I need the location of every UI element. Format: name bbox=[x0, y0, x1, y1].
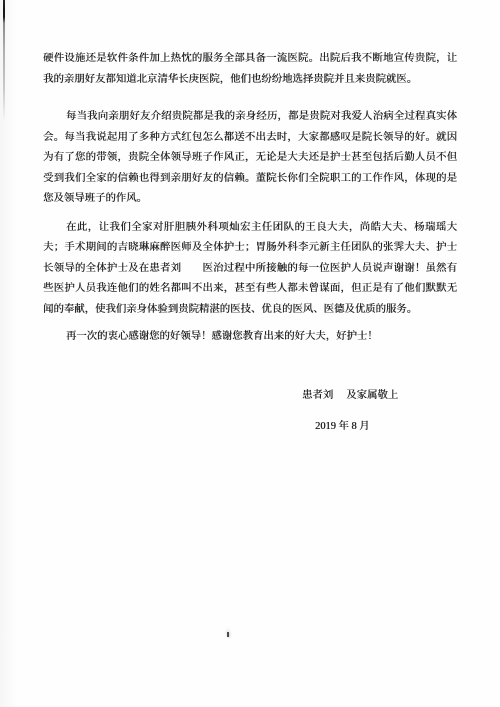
scan-artifact-vertical-line bbox=[3, 0, 5, 122]
letter-paragraph-3: 在此，让我们全家对肝胆胰外科项灿宏主任团队的王良大夫，尚皓大夫、杨瑞瑶大夫；手术… bbox=[43, 218, 457, 321]
letter-paragraph-2: 每当我向亲朋好友介绍贵院都是我的亲身经历，都是贵院对我爱人治病全过程真实体会。每… bbox=[43, 107, 457, 210]
date-line: 2019 年 8 月 bbox=[315, 420, 370, 434]
letter-body: 硬件设施还是软件条件加上热忱的服务全部具备一流医院。出院后我不断地宣传贵院，让我… bbox=[43, 49, 457, 348]
scanned-letter-page: 硬件设施还是软件条件加上热忱的服务全部具备一流医院。出院后我不断地宣传贵院，让我… bbox=[0, 0, 500, 707]
letter-paragraph-4: 再一次的衷心感谢您的好领导！感谢您教育出来的好大夫，好护士！ bbox=[43, 327, 457, 348]
scan-artifact-speck bbox=[227, 632, 229, 637]
letter-paragraph-1: 硬件设施还是软件条件加上热忱的服务全部具备一流医院。出院后我不断地宣传贵院，让我… bbox=[43, 49, 457, 90]
signature-line: 患者刘 及家属敬上 bbox=[302, 389, 398, 403]
